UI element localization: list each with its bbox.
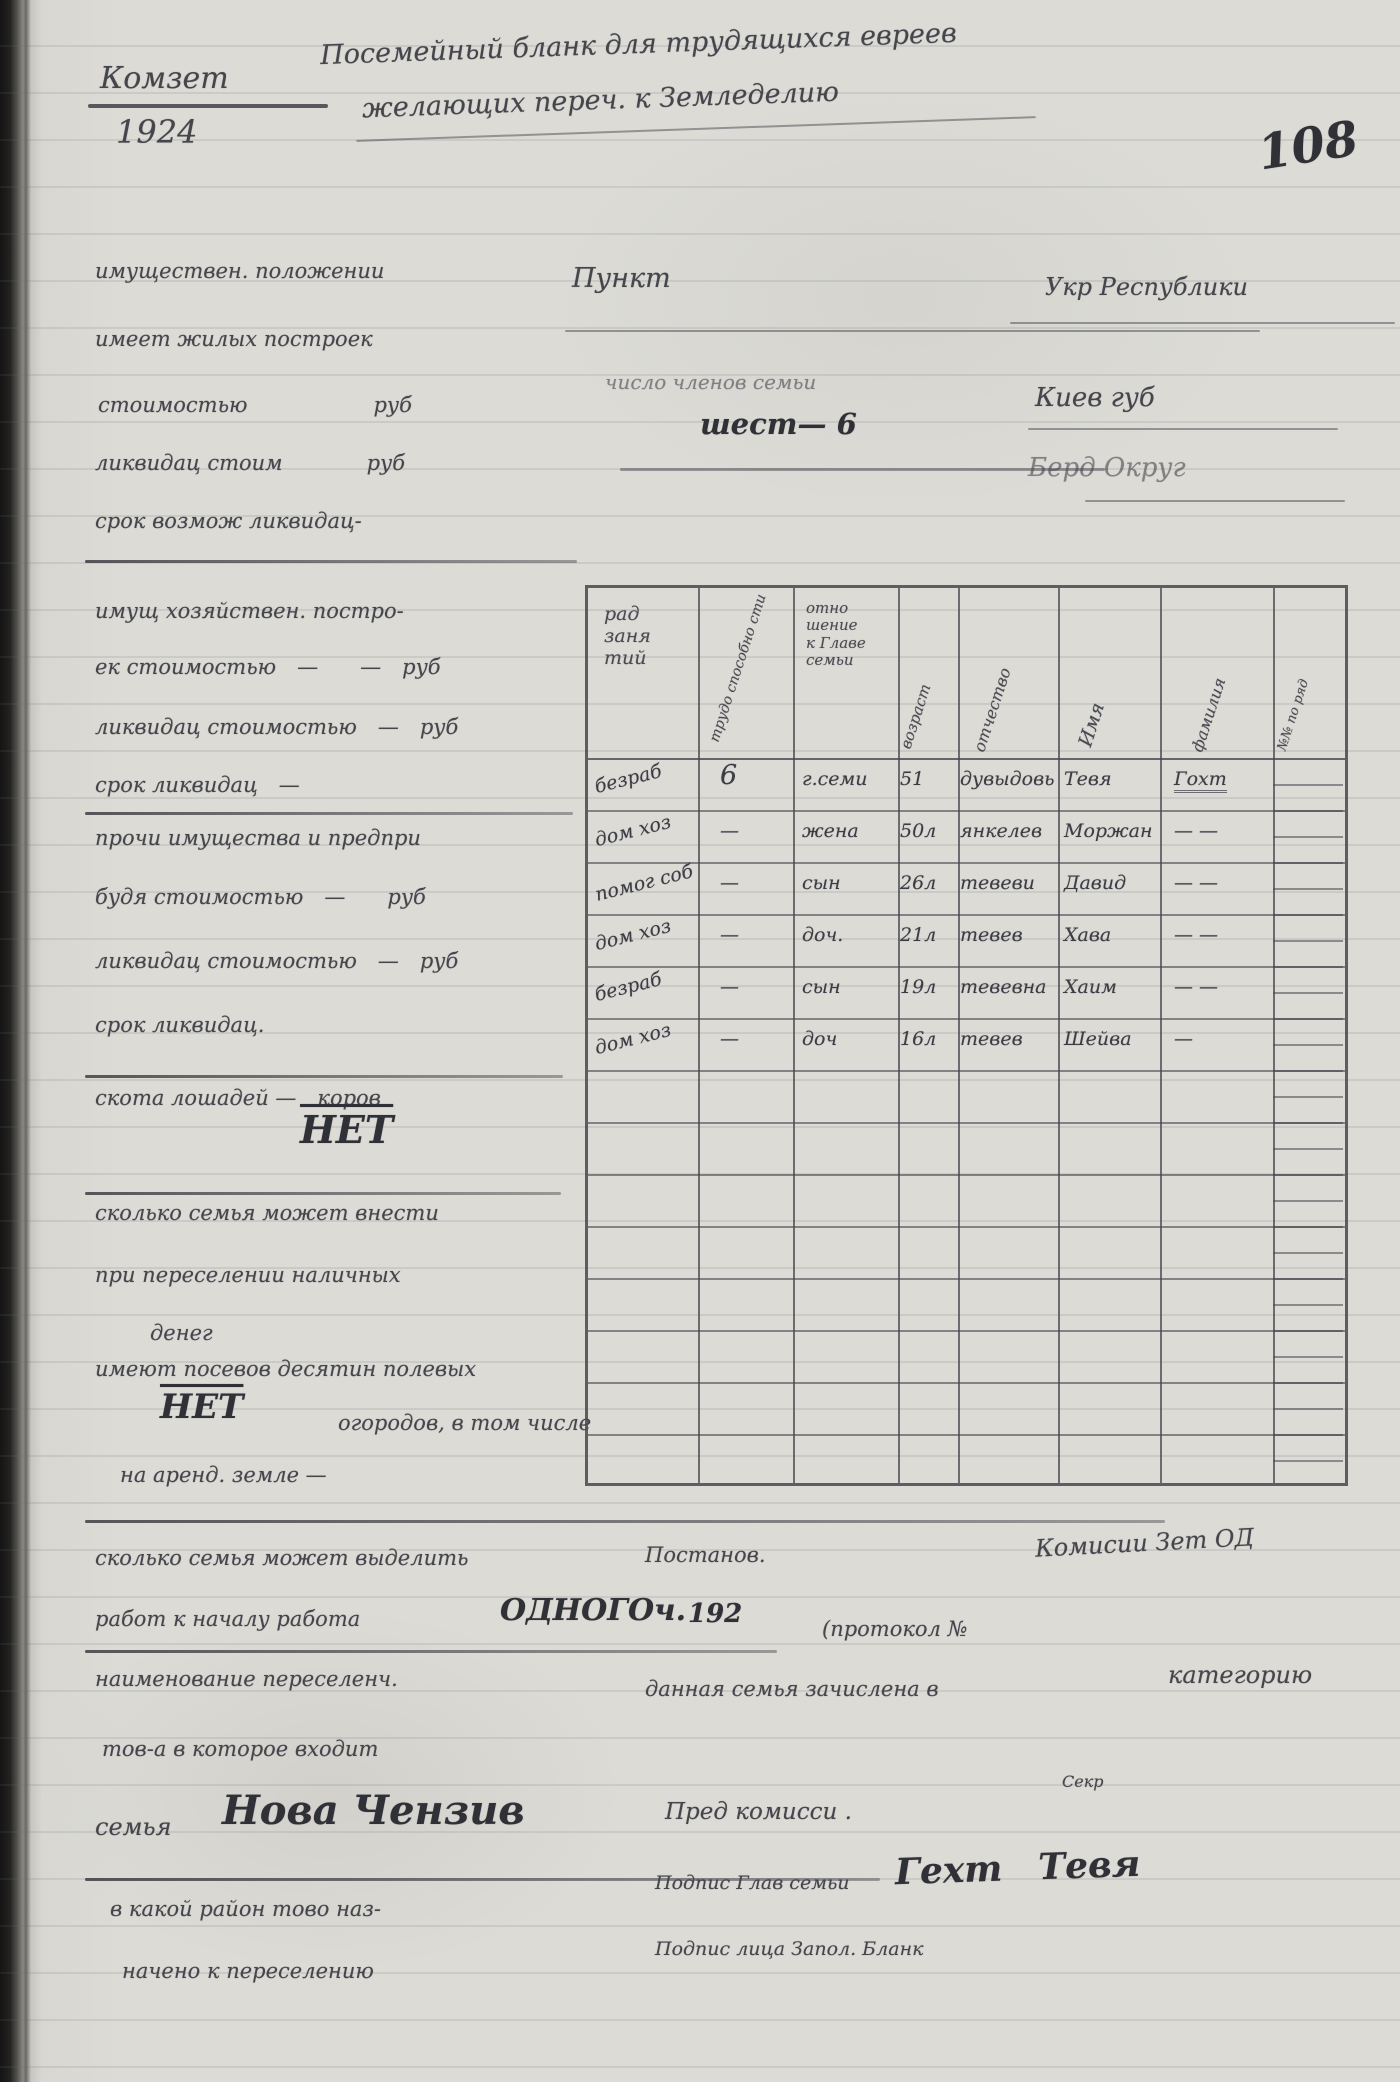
farm-line: ек стоимостью — — руб <box>95 654 441 680</box>
crops-line1: имеют посевов десятин полевых <box>95 1356 476 1382</box>
col-header-ability: трудо способно сти <box>707 592 770 744</box>
cell-surname: — — <box>1174 820 1218 842</box>
punkt-underline <box>565 330 1260 332</box>
divider-line <box>85 1520 1165 1523</box>
workers-line1: сколько семья может выделить <box>95 1545 468 1571</box>
col-header-relation: отно шение к Главе семьи <box>806 600 866 669</box>
cell-ability: — <box>720 1028 739 1050</box>
crops-value: НЕТ <box>160 1386 243 1429</box>
money-line: при переселении наличных <box>95 1262 401 1288</box>
district-line1: в какой район тово наз- <box>110 1896 381 1922</box>
divider-line <box>85 1075 563 1078</box>
document-page: Комзет 1924 Посемейный бланк для трудящи… <box>0 0 1400 2082</box>
cell-patronymic: тевевна <box>960 976 1046 998</box>
cell-name: Хаим <box>1064 976 1117 998</box>
cell-patronymic: тевеви <box>960 872 1035 894</box>
protocol-label: (протокол № <box>822 1616 967 1642</box>
table-row: безраб — сын 19л тевевна Хаим — — <box>588 968 1345 1020</box>
money-line: денег <box>150 1320 213 1346</box>
cell-relation: сын <box>802 976 841 998</box>
livestock-value: НЕТ <box>300 1106 393 1154</box>
tov-line1: наименование переселенч. <box>95 1666 398 1692</box>
dwellings-line: ликвидац стоим руб <box>95 450 405 476</box>
cell-occupation: дом хоз <box>592 915 673 955</box>
commission-label: Комисии Зет ОД <box>1034 1522 1254 1563</box>
cell-ability: — <box>720 872 739 894</box>
gubernia-value: Киев губ <box>1035 382 1155 415</box>
col-header-name: Имя <box>1075 700 1110 749</box>
tov-name: Нова Чензив <box>222 1786 525 1836</box>
dwellings-line: срок возмож ликвидац- <box>95 508 362 534</box>
cell-age: 51 <box>900 768 924 790</box>
cell-name: Моржан <box>1064 820 1153 842</box>
gubernia-underline <box>1028 428 1338 430</box>
table-row: дом хоз — доч 16л тевев Шейва — <box>588 1020 1345 1072</box>
okrug-underline <box>1085 500 1345 502</box>
dwellings-line: стоимостью руб <box>98 392 412 418</box>
cell-relation: г.семи <box>802 768 868 790</box>
crops-line2: огородов, в том числе <box>338 1410 591 1436</box>
crops-line3: на аренд. земле — <box>120 1462 327 1488</box>
table-row: помог соб — сын 26л тевеви Давид — — <box>588 864 1345 916</box>
members-label: число членов семьи <box>605 370 816 395</box>
cell-relation: жена <box>802 820 859 842</box>
cell-surname: — <box>1174 1028 1193 1050</box>
cell-name: Хава <box>1064 924 1111 946</box>
enrolled-line: данная семья зачислена в <box>645 1676 939 1702</box>
cell-age: 19л <box>900 976 936 998</box>
table-row: дом хоз — доч. 21л тевев Хава — — <box>588 916 1345 968</box>
workers-number: 192 <box>688 1598 742 1631</box>
org-year: 1924 <box>116 112 197 152</box>
other-line: прочи имущества и предпри <box>95 825 421 851</box>
divider-line <box>85 1650 777 1653</box>
workers-value: ОДНОГОч. <box>500 1592 686 1630</box>
family-table: рад заня тий трудо способно сти отно шен… <box>585 585 1348 1486</box>
col-header-patronymic: отчество <box>971 666 1015 755</box>
col-header-occupation: рад заня тий <box>604 604 651 670</box>
col-header-surname: фамилия <box>1189 676 1230 755</box>
dwellings-line: имуществен. положении <box>95 258 384 284</box>
cell-occupation: безраб <box>592 760 664 798</box>
cell-age: 26л <box>900 872 936 894</box>
cell-patronymic: дувыдовь <box>960 768 1054 790</box>
okrug-value: Берд Округ <box>1028 452 1186 485</box>
cell-occupation: безраб <box>592 968 664 1006</box>
cell-surname: — — <box>1174 924 1218 946</box>
farm-line: срок ликвидац — <box>95 772 300 798</box>
category-label: категорию <box>1168 1660 1312 1690</box>
table-row: дом хоз — жена 50л янкелев Моржан — — <box>588 812 1345 864</box>
head-signature-label: Подпис Глав семьи <box>655 1872 850 1896</box>
table-row: безраб 6 г.семи 51 дувыдовь Тевя Гохт <box>588 760 1345 812</box>
other-line: будя стоимостью — руб <box>95 884 426 910</box>
cell-ability: — <box>720 976 739 998</box>
cell-surname: — — <box>1174 976 1218 998</box>
cell-name: Давид <box>1064 872 1126 894</box>
cell-patronymic: тевев <box>960 924 1023 946</box>
cell-age: 21л <box>900 924 936 946</box>
org-label: Комзет <box>100 60 229 98</box>
cell-patronymic: янкелев <box>960 820 1042 842</box>
divider-line <box>85 1192 561 1195</box>
farm-line: ликвидац стоимостью — руб <box>95 714 458 740</box>
cell-surname: Гохт <box>1174 768 1227 793</box>
other-line: срок ликвидац. <box>95 1012 264 1038</box>
punkt-label: Пункт <box>572 262 671 296</box>
predsedatel-label: Пред комисси . <box>665 1798 852 1827</box>
other-line: ликвидац стоимостью — руб <box>95 948 458 974</box>
cell-name: Шейва <box>1064 1028 1132 1050</box>
republic-value: Укр Республики <box>1045 272 1248 302</box>
divider-line <box>85 812 573 815</box>
cell-patronymic: тевев <box>960 1028 1023 1050</box>
cell-age: 50л <box>900 820 936 842</box>
org-underline <box>88 104 328 108</box>
republic-underline <box>1010 322 1395 324</box>
members-value: шест— 6 <box>700 406 857 442</box>
col-header-number: №№ по ряд <box>1276 678 1313 753</box>
farm-line: имущ хозяйствен. постро- <box>95 598 404 624</box>
cell-ability: — <box>720 924 739 946</box>
cell-relation: доч. <box>802 924 843 946</box>
divider-line <box>85 560 577 563</box>
cell-relation: сын <box>802 872 841 894</box>
cell-occupation: дом хоз <box>592 1019 673 1059</box>
family-word: семья <box>95 1812 172 1842</box>
postanov-label: Постанов. <box>645 1542 766 1568</box>
workers-line2: работ к началу работа <box>95 1606 360 1632</box>
money-line: сколько семья может внести <box>95 1200 439 1226</box>
district-line2: начено к переселению <box>122 1958 374 1984</box>
cell-surname: — — <box>1174 872 1218 894</box>
head-signature: Гехт Тевя <box>894 1842 1141 1896</box>
cell-relation: доч <box>802 1028 837 1050</box>
tov-line2: тов-а в которое входит <box>102 1736 378 1762</box>
secretary-label: Секр <box>1062 1772 1104 1792</box>
cell-age: 16л <box>900 1028 936 1050</box>
dwellings-line: имеет жилых построек <box>95 326 373 352</box>
cell-occupation: помог соб <box>593 860 696 906</box>
form-title-line1: Посемейный бланк для трудящихся евреев <box>320 17 958 73</box>
cell-ability: 6 <box>720 760 737 791</box>
page-number: 108 <box>1254 109 1362 184</box>
cell-occupation: дом хоз <box>592 811 673 851</box>
cell-ability: — <box>720 820 739 842</box>
form-title-line2: желающих переч. к Земледелию <box>362 76 840 126</box>
col-header-age: возраст <box>898 682 935 751</box>
filler-signature-label: Подпис лица Запол. Бланк <box>655 1938 923 1962</box>
cell-name: Тевя <box>1064 768 1112 790</box>
